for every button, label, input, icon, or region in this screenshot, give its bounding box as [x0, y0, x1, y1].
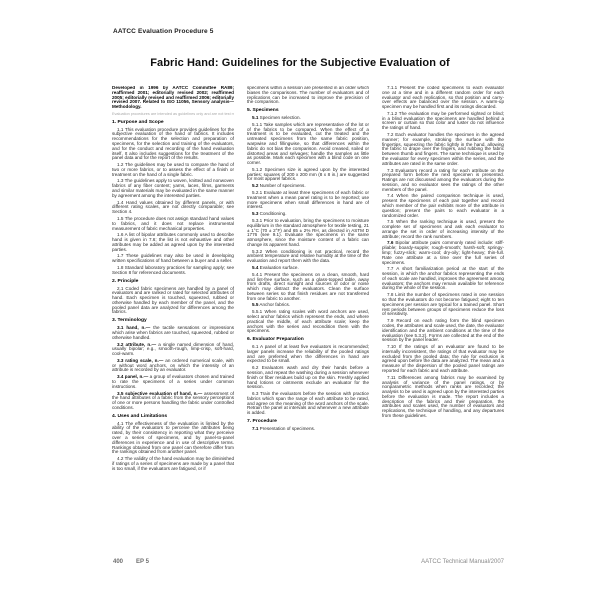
paragraph-text: Conditioning. [260, 211, 287, 216]
paragraph-text: Evaluation surface. [260, 265, 299, 270]
paragraph-lead: 5.5 [252, 302, 258, 307]
paragraph: 6.1 A panel of at least five evaluators … [247, 345, 369, 364]
section-heading: 6. Evaluator Preparation [247, 338, 369, 343]
paragraph: 7.1.1 Present the coded specimens to eac… [382, 86, 504, 110]
paragraph: 4.1 The effectiveness of the evaluation … [112, 422, 234, 455]
page: AATCC Evaluation Procedure 5 Fabric Hand… [0, 0, 600, 600]
section-heading: 5. Specimens [247, 109, 369, 114]
paragraph: specimens within a session are presented… [247, 86, 369, 105]
paragraph: 5.1.2 Specimen size is agreed upon by th… [247, 168, 369, 182]
paragraph: 5.3 Conditioning. [247, 212, 369, 217]
paragraph: 7.1 Presentation of specimens. [247, 427, 369, 432]
paragraph-text: Presentation of specimens. [260, 426, 315, 431]
column-3: 7.1.1 Present the coded specimens to eac… [382, 86, 504, 553]
paragraph: 5.4 Evaluation surface. [247, 266, 369, 271]
paragraph: 4.2 The validity of the hand evaluation … [112, 457, 234, 471]
paragraph: 2.1 Coded fabric specimens are handled b… [112, 287, 234, 316]
paragraph: 1.2 The guidelines may be used to compar… [112, 163, 234, 177]
paragraph: 3.3 rating scale, n.— an ordered numeric… [112, 359, 234, 373]
paragraph: 5.2.1 Evaluate at least three specimens … [247, 191, 369, 210]
paragraph: 5.3.1 Prior to evaluation, bring the spe… [247, 219, 369, 248]
paragraph: 1.8 Standard laboratory practices for sa… [112, 266, 234, 276]
paragraph: 6.2 Evaluators wash and dry their hands … [247, 366, 369, 390]
paragraph: 5.5 Anchor fabrics. [247, 303, 369, 308]
paragraph: 7.8 Limit the number of specimens rated … [382, 293, 504, 317]
paragraph: 1.7 These guidelines may also be used in… [112, 254, 234, 264]
paragraph: 7.6 Bipolar attribute pairs commonly rat… [382, 241, 504, 265]
paragraph: 7.10 If the ratings of an evaluator are … [382, 345, 504, 374]
paragraph: 7.1.2 The evaluation may be performed si… [382, 112, 504, 131]
section-heading: 4. Uses and Limitations [112, 415, 234, 420]
foreword: Developed in 1996 by AATCC Committee RA8… [112, 86, 234, 110]
paragraph-lead: 5.3 [252, 211, 258, 216]
section-heading: 1. Purpose and Scope [112, 121, 234, 126]
paragraph: 6.3 Train the evaluators before the sess… [247, 392, 369, 416]
column-2: specimens within a session are presented… [247, 86, 369, 553]
paragraph: 1.3 The guidelines apply to woven, knitt… [112, 179, 234, 198]
footer-page-number: 400 [113, 559, 123, 565]
paragraph: 7.9 Record on each rating form the blind… [382, 319, 504, 343]
paragraph-text: Number of specimens. [260, 183, 306, 188]
paragraph: 3.2 attribute, n.— a single named dimens… [112, 343, 234, 357]
content-columns: Developed in 1996 by AATCC Committee RA8… [112, 86, 504, 553]
paragraph: 5.1 Specimen selection. [247, 116, 369, 121]
paragraph-text: Bipolar attribute pairs commonly rated i… [382, 240, 504, 264]
paragraph: 5.1.1 Take samples which are representat… [247, 123, 369, 166]
doc-header: AATCC Evaluation Procedure 5 [113, 28, 214, 35]
paragraph: 5.4.1 Present the specimens on a clean, … [247, 273, 369, 302]
paragraph: 5.3.2 When conditioning is not practical… [247, 250, 369, 264]
paragraph-lead: 5.2 [252, 183, 258, 188]
paragraph: 3.5 subjective evaluation of hand, n.— a… [112, 392, 234, 411]
paragraph: 7.4 When the paired comparison technique… [382, 194, 504, 218]
section-heading: 3. Terminology [112, 319, 234, 324]
paragraph: 7.11 Differences among fabrics may be ex… [382, 376, 504, 419]
paragraph-lead: 5.1 [252, 115, 258, 120]
paragraph: 5.2 Number of specimens. [247, 184, 369, 189]
paragraph: 1.6 A list of bipolar attributes commonl… [112, 233, 234, 252]
footer-left: 400 EP 5 [113, 559, 149, 565]
note-line: Evaluation procedures are intended as gu… [112, 112, 234, 117]
paragraph: 7.7 A short familiarization period at th… [382, 267, 504, 291]
paragraph: 1.4 Hand values obtained by different pa… [112, 201, 234, 215]
paragraph-lead: 5.4 [252, 265, 258, 270]
footer-manual-ref: AATCC Technical Manual/2007 [421, 559, 504, 565]
paragraph: 3.1 hand, n.— the tactile sensations or … [112, 326, 234, 340]
paragraph: 7.5 When the ranking technique is used, … [382, 220, 504, 239]
paragraph: 1.1 This evaluation procedure provides g… [112, 128, 234, 161]
section-heading: 2. Principle [112, 280, 234, 285]
paragraph-lead: 7.1 [252, 426, 258, 431]
footer-doc-code: EP 5 [136, 559, 149, 565]
paragraph-text: Specimen selection. [260, 115, 301, 120]
paragraph: 7.2 Each evaluator handles the specimen … [382, 133, 504, 166]
paragraph: 1.5 The procedure does not assign standa… [112, 217, 234, 231]
paragraph: 5.5.1 When rating scales with word ancho… [247, 310, 369, 334]
paragraph-text: Anchor fabrics. [259, 302, 290, 307]
paragraph: 7.3 Evaluators record a rating for each … [382, 169, 504, 193]
page-title: Fabric Hand: Guidelines for the Subjecti… [0, 57, 600, 69]
column-1: Developed in 1996 by AATCC Committee RA8… [112, 86, 234, 553]
section-heading: 7. Procedure [247, 420, 369, 425]
paragraph: 3.4 panel, n.— a group of evaluators cho… [112, 375, 234, 389]
